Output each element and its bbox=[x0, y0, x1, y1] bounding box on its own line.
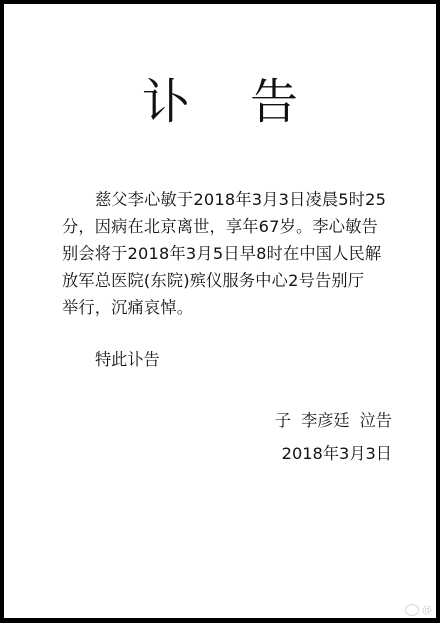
page-title: 讣告 bbox=[4, 74, 436, 130]
title-char-1: 讣 bbox=[142, 74, 190, 130]
body-line: 别会将于2018年3月5日早8时在中国人民解 bbox=[62, 240, 392, 267]
signature-name: 李彦廷 bbox=[301, 411, 350, 430]
notice-date: 2018年3月3日 bbox=[282, 440, 392, 467]
signature-relation: 子 bbox=[275, 411, 291, 430]
watermark: @ bbox=[405, 604, 432, 616]
body-line: 举行，沉痛哀悼。 bbox=[62, 294, 392, 321]
watermark-text: @ bbox=[422, 605, 432, 616]
obituary-page: 讣告 慈父李心敏于2018年3月3日凌晨5时25 分，因病在北京离世，享年67岁… bbox=[4, 4, 436, 618]
closing-phrase: 特此讣告 bbox=[95, 346, 160, 373]
title-char-2: 告 bbox=[250, 74, 298, 130]
body-line: 慈父李心敏于2018年3月3日凌晨5时25 bbox=[62, 186, 392, 213]
notice-body: 慈父李心敏于2018年3月3日凌晨5时25 分，因病在北京离世，享年67岁。李心… bbox=[62, 186, 392, 321]
body-line: 分，因病在北京离世，享年67岁。李心敏告 bbox=[62, 213, 392, 240]
weibo-icon bbox=[405, 604, 419, 616]
signature-action: 泣告 bbox=[360, 411, 392, 430]
body-line: 放军总医院(东院)殡仪服务中心2号告别厅 bbox=[62, 267, 392, 294]
signature: 子李彦廷泣告 bbox=[275, 407, 392, 434]
